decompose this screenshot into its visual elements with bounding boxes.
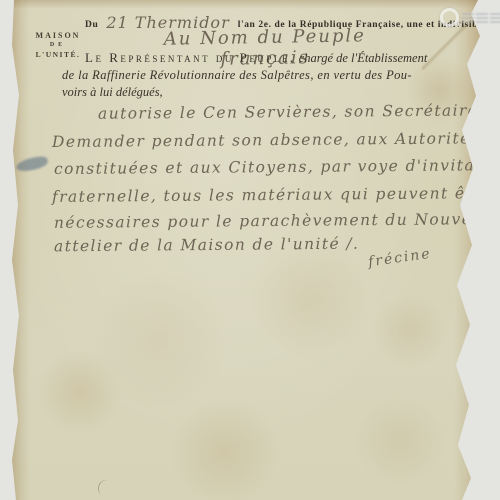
maison-unite-stamp: MAISON DE L'UNITÉ. — [32, 31, 84, 59]
manuscript-line: Demander pendant son absence, aux Autori… — [52, 129, 500, 151]
pencil-mark — [96, 478, 115, 498]
paper-edge-top — [10, 0, 484, 9]
paper-edge-left — [10, 0, 30, 500]
auction-photo-page: { "colors": { "background": "#e4e5e1", "… — [0, 0, 500, 500]
printed-heading: Le Représentant du Peuple, chargé de l'É… — [85, 50, 455, 66]
watermark-glyphs — [462, 12, 500, 23]
magnifier-logo-icon — [440, 8, 459, 27]
stamp-line-1: MAISON — [32, 31, 84, 40]
stamp-line-3: L'UNITÉ. — [32, 50, 84, 59]
manuscript-line: nécessaires pour le parachèvement du Nou… — [54, 210, 479, 232]
manuscript-line: attelier de la Maison de l'unité /. — [54, 235, 360, 256]
document-sheet: MAISON DE L'UNITÉ. Du 21 Thermidor l'an … — [10, 0, 484, 500]
stamp-line-2: DE — [32, 42, 84, 48]
auction-watermark — [440, 8, 500, 27]
date-printed-prefix: Du — [85, 20, 98, 30]
printed-line-2: de la Raffinerie Révolutionnaire des Sal… — [62, 68, 454, 83]
manuscript-line: autorise le Cen Servières, son Secrétair… — [98, 101, 500, 123]
manuscript-line: fraternelle, tous les matériaux qui peuv… — [52, 184, 493, 206]
printed-heading-rest: chargé de l'Établissement — [296, 51, 428, 65]
manuscript-line: constituées et aux Citoyens, par voye d'… — [54, 156, 500, 178]
paper-edge-right — [454, 0, 484, 500]
printed-line-3: voirs à lui délégués, — [62, 85, 262, 100]
printed-heading-smallcaps: Le Représentant du Peuple, — [85, 50, 296, 65]
signature-frecine: frécine — [367, 246, 432, 271]
